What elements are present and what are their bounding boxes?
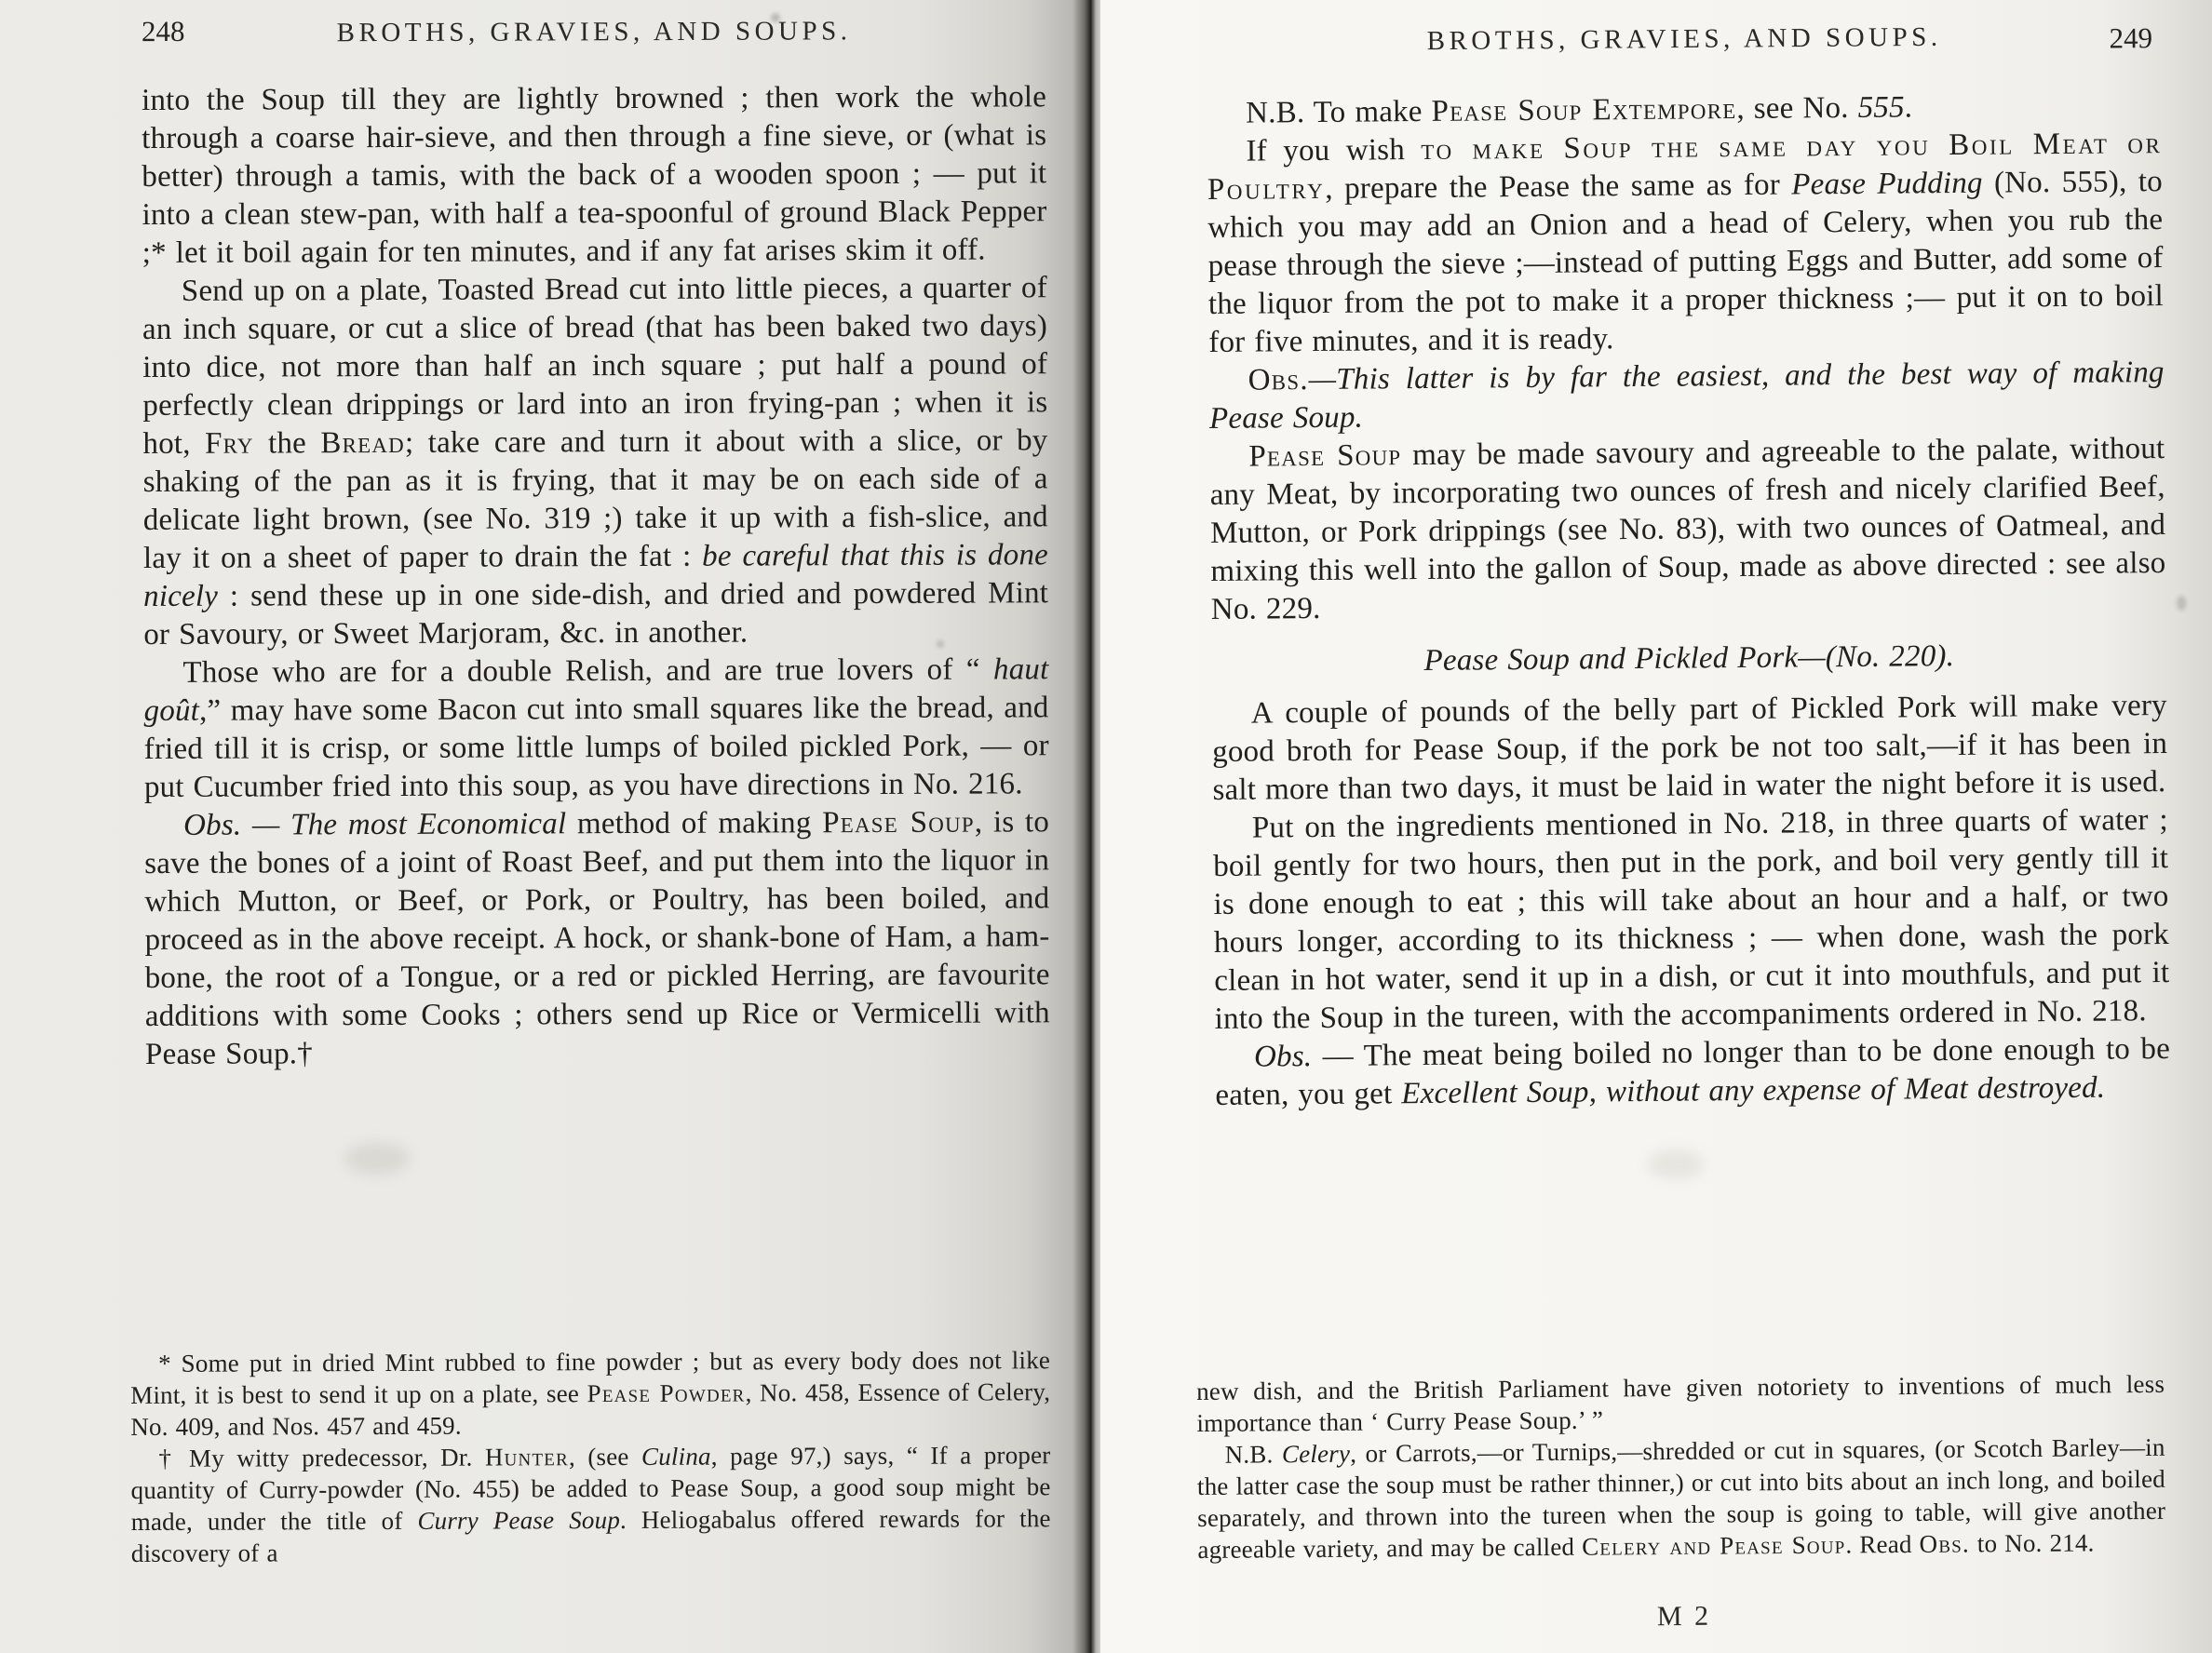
page-number-right: 249 [1948,21,2152,57]
signature-mark: M 2 [1207,1597,2162,1635]
body-paragraph: Send up on a plate, Toasted Bread cut in… [142,269,1049,654]
book-scan: 248 BROTHS, GRAVIES, AND SOUPS. into the… [0,0,2212,1653]
body-paragraph: Obs. — The most Economical method of mak… [144,803,1050,1074]
footnote: * Some put in dried Mint rubbed to fine … [130,1344,1050,1443]
body-paragraph: Obs.—This latter is by far the easiest, … [1209,354,2165,438]
body-paragraph: Put on the ingredients mentioned in No. … [1213,801,2170,1039]
body-paragraph: If you wish to make Soup the same day yo… [1207,125,2164,362]
body-paragraph: into the Soup till they are lightly brow… [142,78,1047,273]
section-heading: Pease Soup and Pickled Pork—(No. 220). [1211,636,2166,682]
body-paragraph: Those who are for a double Relish, and a… [143,651,1049,807]
footnote: † My witty predecessor, Dr. Hunter, (see… [130,1439,1051,1569]
left-page-footnotes: * Some put in dried Mint rubbed to fine … [130,1344,1051,1569]
body-paragraph: Pease Soup may be made savoury and agree… [1209,430,2166,629]
right-page-footnotes: new dish, and the British Parliament hav… [1196,1368,2166,1566]
body-paragraph: Obs. — The meat being boiled no longer t… [1215,1030,2171,1115]
left-page-body: into the Soup till they are lightly brow… [142,78,1050,1074]
right-page-body: N.B. To make Pease Soup Extempore, see N… [1207,87,2171,1115]
body-paragraph: A couple of pounds of the belly part of … [1212,687,2168,810]
footnote: new dish, and the British Parliament hav… [1196,1368,2165,1439]
gutter-shadow [1072,0,1104,1653]
footnote: N.B. Celery, or Carrots,—or Turnips,—shr… [1197,1431,2166,1566]
running-header-left: BROTHS, GRAVIES, AND SOUPS. [142,16,1046,49]
